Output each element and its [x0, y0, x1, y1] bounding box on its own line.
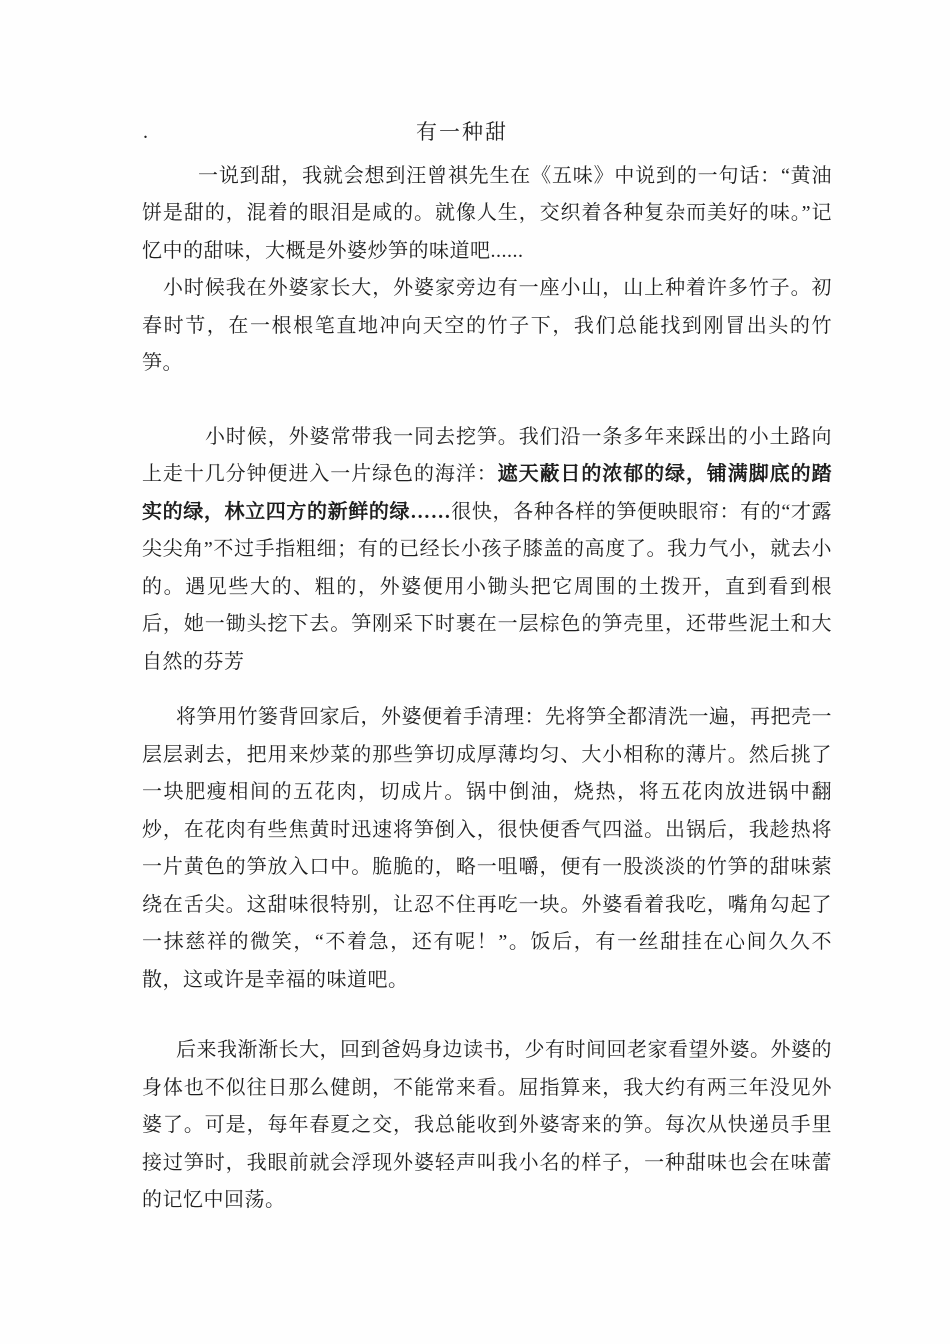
paragraph-2: 小时候我在外婆家长大，外婆家旁边有一座小山，山上种着许多竹子。初春时节，在一根根… [142, 270, 832, 383]
paragraph-3-text-regular-2: 很快，各种各样的笋便映眼帘：有的“才露尖尖角”不过手指粗细；有的已经长小孩子膝盖… [142, 501, 832, 673]
paragraph-5: 后来我渐渐长大，回到爸妈身边读书，少有时间回老家看望外婆。外婆的身体也不似往日那… [142, 1032, 832, 1220]
document-page: . 有一种甜 一说到甜，我就会想到汪曾祺先生在《五味》中说到的一句话：“黄油饼是… [0, 0, 950, 1344]
paragraph-4-text: 将笋用竹篓背回家后，外婆便着手清理：先将笋全都清洗一遍，再把壳一层层剥去，把用来… [142, 706, 832, 991]
title-row: 有一种甜 [142, 114, 832, 152]
paragraph-2-text: 小时候我在外婆家长大，外婆家旁边有一座小山，山上种着许多竹子。初春时节，在一根根… [142, 277, 832, 374]
paragraph-1-text: 一说到甜，我就会想到汪曾祺先生在《五味》中说到的一句话：“黄油饼是甜的，混着的眼… [142, 165, 832, 262]
paragraph-1: 一说到甜，我就会想到汪曾祺先生在《五味》中说到的一句话：“黄油饼是甜的，混着的眼… [142, 158, 832, 271]
essay-body: 有一种甜 一说到甜，我就会想到汪曾祺先生在《五味》中说到的一句话：“黄油饼是甜的… [142, 114, 832, 1220]
essay-title: 有一种甜 [416, 114, 508, 152]
paragraph-3: 小时候，外婆常带我一同去挖笋。我们沿一条多年来踩出的小土路向上走十几分钟便进入一… [142, 419, 832, 682]
paragraph-4: 将笋用竹篓背回家后，外婆便着手清理：先将笋全都清洗一遍，再把壳一层层剥去，把用来… [142, 699, 832, 999]
paragraph-5-text: 后来我渐渐长大，回到爸妈身边读书，少有时间回老家看望外婆。外婆的身体也不似往日那… [142, 1039, 832, 1211]
